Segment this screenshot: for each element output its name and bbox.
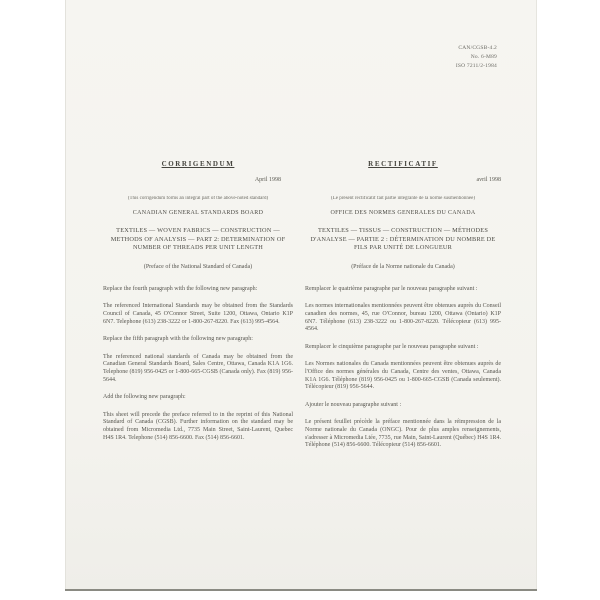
organization-name-fr: OFFICE DES NORMES GÉNÉRALES DU CANADA bbox=[305, 210, 501, 216]
paragraph-en-3: This sheet will precede the preface refe… bbox=[103, 412, 293, 442]
paragraph-en-2: The referenced national standards of Can… bbox=[103, 354, 293, 384]
ref-line-number: No. 6-M89 bbox=[456, 53, 497, 62]
paragraph-fr-1: Les normes internationales mentionnées p… bbox=[305, 303, 501, 333]
french-column: RECTIFICATIF avril 1998 (Le présent rect… bbox=[305, 160, 501, 450]
ref-line-iso: ISO 7211/2-1984 bbox=[456, 62, 497, 71]
standard-ref-block: CAN/CGSB-4.2 No. 6-M89 ISO 7211/2-1984 bbox=[456, 44, 497, 71]
corrigendum-date: April 1998 bbox=[103, 177, 293, 183]
scan-canvas: CAN/CGSB-4.2 No. 6-M89 ISO 7211/2-1984 C… bbox=[0, 0, 600, 600]
english-column: CORRIGENDUM April 1998 (This corrigendum… bbox=[103, 160, 293, 442]
paragraph-en-1: The referenced International Standards m… bbox=[103, 303, 293, 326]
standard-title-en: TEXTILES — WOVEN FABRICS — CONSTRUCTION … bbox=[103, 227, 293, 253]
organization-name-en: CANADIAN GENERAL STANDARDS BOARD bbox=[103, 210, 293, 216]
preface-caption-fr: (Préface de la Norme nationale du Canada… bbox=[305, 264, 501, 270]
instruction-en-2: Replace the fifth paragraph with the fol… bbox=[103, 336, 293, 344]
rectificatif-date: avril 1998 bbox=[305, 177, 501, 183]
paragraph-fr-2: Les Normes nationales du Canada mentionn… bbox=[305, 361, 501, 391]
corrigendum-header: CORRIGENDUM bbox=[103, 160, 293, 168]
instruction-en-3: Add the following new paragraph: bbox=[103, 394, 293, 402]
instruction-en-1: Replace the fourth paragraph with the fo… bbox=[103, 286, 293, 294]
instruction-fr-3: Ajouter le nouveau paragraphe suivant : bbox=[305, 402, 501, 410]
instruction-fr-2: Remplacer le cinquième paragraphe par le… bbox=[305, 344, 501, 352]
paragraph-fr-3: Le présent feuillet précède la préface m… bbox=[305, 419, 501, 449]
preface-caption-en: (Preface of the National Standard of Can… bbox=[103, 264, 293, 270]
rectificatif-note: (Le présent rectificatif fait partie int… bbox=[305, 196, 501, 201]
corrigendum-note: (This corrigendum forms an integral part… bbox=[103, 196, 293, 201]
ref-line-designation: CAN/CGSB-4.2 bbox=[456, 44, 497, 53]
scanned-page: CAN/CGSB-4.2 No. 6-M89 ISO 7211/2-1984 C… bbox=[65, 0, 537, 591]
standard-title-fr: TEXTILES — TISSUS — CONSTRUCTION — MÉTHO… bbox=[305, 227, 501, 253]
rectificatif-header: RECTIFICATIF bbox=[305, 160, 501, 168]
instruction-fr-1: Remplacer le quatrième paragraphe par le… bbox=[305, 286, 501, 294]
